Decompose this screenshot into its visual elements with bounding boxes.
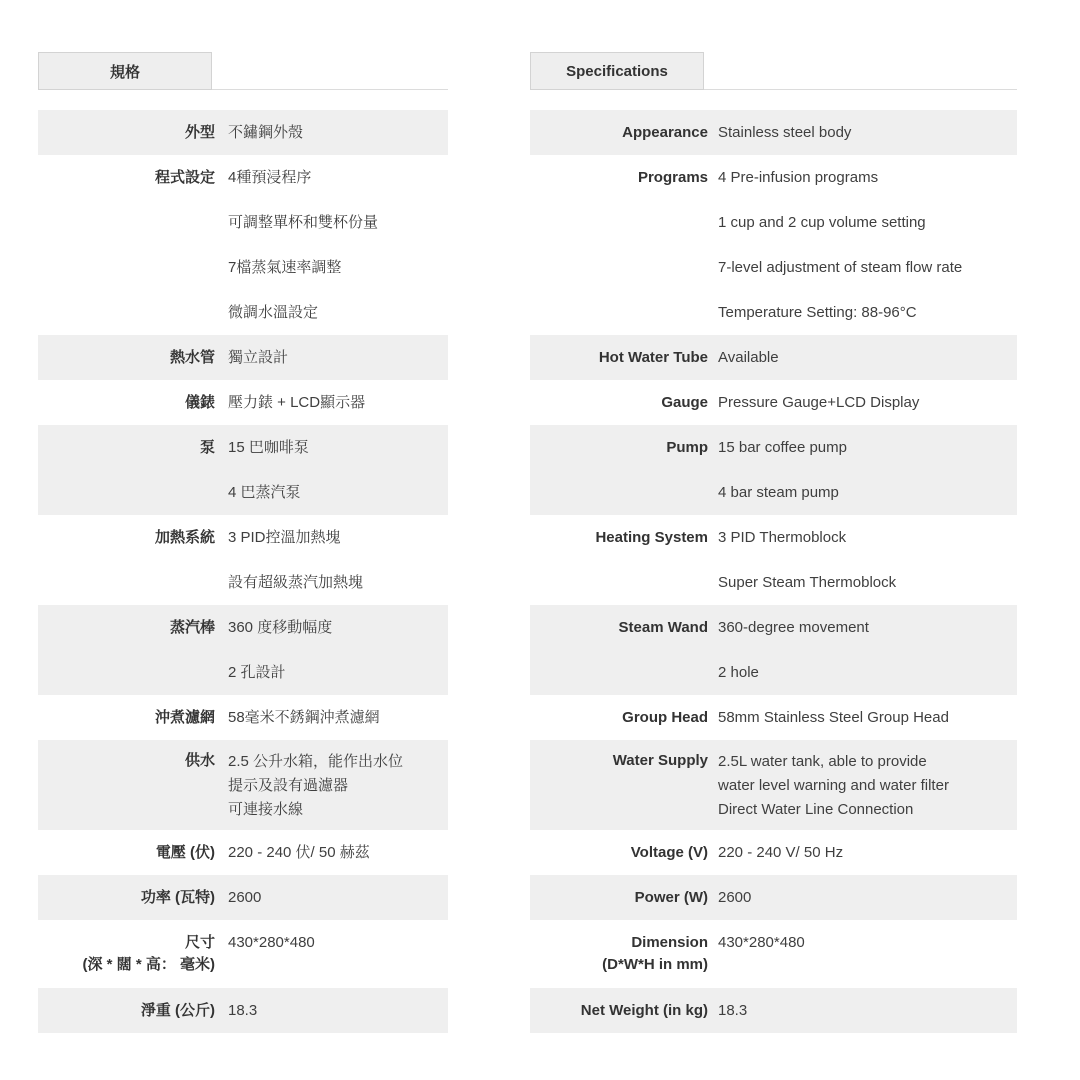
spec-value-line: 58mm Stainless Steel Group Head (718, 695, 1017, 740)
spec-label: 尺寸 (深 * 闊 * 高： 毫米) (38, 920, 215, 988)
spec-label: Heating System (530, 515, 708, 605)
spec-value-line: 7檔蒸氣速率調整 (228, 245, 448, 290)
spec-value-line: 3 PID Thermoblock (718, 515, 1017, 560)
spec-label: 熱水管 (38, 335, 215, 380)
spec-rows: Appearance Stainless steel body Programs… (530, 110, 1017, 1033)
spec-row-voltage: Voltage (V) 220 - 240 V/ 50 Hz (530, 830, 1017, 875)
spec-value: 360 度移動幅度 2 孔設計 (215, 605, 448, 695)
spec-row-power: Power (W) 2600 (530, 875, 1017, 920)
spec-label: Programs (530, 155, 708, 335)
tab-bar: Specifications (530, 52, 1017, 90)
spec-value-line: 獨立設計 (228, 335, 448, 380)
spec-value-line: 設有超級蒸汽加熱塊 (228, 560, 448, 605)
spec-table-english: Specifications Appearance Stainless stee… (530, 52, 1017, 1033)
spec-value-line: 360 度移動幅度 (228, 605, 448, 650)
spec-row-steam-wand: 蒸汽棒 360 度移動幅度 2 孔設計 (38, 605, 448, 695)
spec-row-power: 功率 (瓦特) 2600 (38, 875, 448, 920)
spec-value-line: 4 bar steam pump (718, 470, 1017, 515)
spec-value: 220 - 240 V/ 50 Hz (708, 830, 1017, 875)
spec-value-line: 7-level adjustment of steam flow rate (718, 245, 1017, 290)
spec-value: 430*280*480 (215, 920, 448, 988)
spec-label: Hot Water Tube (530, 335, 708, 380)
spec-label: 功率 (瓦特) (38, 875, 215, 920)
spec-value: 2.5 公升水箱，能作出水位 提示及設有過濾器 可連接水線 (215, 740, 448, 830)
spec-value: 壓力錶 + LCD顯示器 (215, 380, 448, 425)
spec-value: 3 PID控溫加熱塊 設有超級蒸汽加熱塊 (215, 515, 448, 605)
spec-value-line: 不鏽鋼外殼 (228, 110, 448, 155)
spec-value: 15 bar coffee pump 4 bar steam pump (708, 425, 1017, 515)
spec-row-pump: 泵 15 巴咖啡泵 4 巴蒸汽泵 (38, 425, 448, 515)
tab-specs-chinese[interactable]: 規格 (38, 52, 212, 90)
spec-value-line: 可調整單杯和雙杯份量 (228, 200, 448, 245)
spec-value-line: Super Steam Thermoblock (718, 560, 1017, 605)
spec-value-line: 4 Pre-infusion programs (718, 155, 1017, 200)
spec-row-hot-water-tube: Hot Water Tube Available (530, 335, 1017, 380)
spec-value-line: Available (718, 335, 1017, 380)
spec-row-appearance: 外型 不鏽鋼外殼 (38, 110, 448, 155)
spec-label: 泵 (38, 425, 215, 515)
spec-value-line: 220 - 240 V/ 50 Hz (718, 830, 1017, 875)
spec-label: 蒸汽棒 (38, 605, 215, 695)
spec-label: 加熱系統 (38, 515, 215, 605)
spec-label: 沖煮濾網 (38, 695, 215, 740)
spec-value-line: 18.3 (228, 988, 448, 1033)
spec-row-group-head: Group Head 58mm Stainless Steel Group He… (530, 695, 1017, 740)
spec-value-line: 1 cup and 2 cup volume setting (718, 200, 1017, 245)
spec-value-line: 3 PID控溫加熱塊 (228, 515, 448, 560)
spec-label: Appearance (530, 110, 708, 155)
spec-value: 3 PID Thermoblock Super Steam Thermobloc… (708, 515, 1017, 605)
spec-value: 58毫米不銹鋼沖煮濾網 (215, 695, 448, 740)
spec-value: 不鏽鋼外殼 (215, 110, 448, 155)
spec-label: Pump (530, 425, 708, 515)
spec-value-line: 15 bar coffee pump (718, 425, 1017, 470)
spec-value-line: 2 hole (718, 650, 1017, 695)
spec-value: 獨立設計 (215, 335, 448, 380)
spec-value: 4種預浸程序 可調整單杯和雙杯份量 7檔蒸氣速率調整 微調水溫設定 (215, 155, 448, 335)
spec-value: 2600 (708, 875, 1017, 920)
spec-label: 電壓 (伏) (38, 830, 215, 875)
spec-value-line: 2600 (718, 875, 1017, 920)
spec-label: 淨重 (公斤) (38, 988, 215, 1033)
spec-row-gauge: 儀錶 壓力錶 + LCD顯示器 (38, 380, 448, 425)
spec-label-line: Dimension (530, 932, 708, 953)
spec-label-line: 尺寸 (38, 932, 215, 953)
spec-label: Dimension (D*W*H in mm) (530, 920, 708, 988)
spec-row-dimension: Dimension (D*W*H in mm) 430*280*480 (530, 920, 1017, 988)
spec-value: Available (708, 335, 1017, 380)
spec-row-programs: 程式設定 4種預浸程序 可調整單杯和雙杯份量 7檔蒸氣速率調整 微調水溫設定 (38, 155, 448, 335)
spec-value-line: 壓力錶 + LCD顯示器 (228, 380, 448, 425)
spec-row-heating-system: 加熱系統 3 PID控溫加熱塊 設有超級蒸汽加熱塊 (38, 515, 448, 605)
spec-row-dimension: 尺寸 (深 * 闊 * 高： 毫米) 430*280*480 (38, 920, 448, 988)
spec-row-voltage: 電壓 (伏) 220 - 240 伏/ 50 赫茲 (38, 830, 448, 875)
spec-row-programs: Programs 4 Pre-infusion programs 1 cup a… (530, 155, 1017, 335)
spec-row-appearance: Appearance Stainless steel body (530, 110, 1017, 155)
spec-label: 儀錶 (38, 380, 215, 425)
spec-label: Water Supply (530, 740, 708, 830)
spec-label: Voltage (V) (530, 830, 708, 875)
spec-label: Steam Wand (530, 605, 708, 695)
spec-label: 程式設定 (38, 155, 215, 335)
spec-row-water-supply: Water Supply 2.5L water tank, able to pr… (530, 740, 1017, 830)
spec-value-line: 微調水溫設定 (228, 290, 448, 335)
tab-bar: 規格 (38, 52, 448, 90)
spec-value-line: 提示及設有過濾器 (228, 774, 448, 798)
spec-value-line: water level warning and water filter (718, 774, 1017, 798)
spec-value-line: 2.5L water tank, able to provide (718, 750, 1017, 774)
spec-value: 15 巴咖啡泵 4 巴蒸汽泵 (215, 425, 448, 515)
spec-table-chinese: 規格 外型 不鏽鋼外殼 程式設定 4種預浸程序 可調整單杯和雙杯份量 7檔蒸氣速… (38, 52, 448, 1033)
spec-row-hot-water-tube: 熱水管 獨立設計 (38, 335, 448, 380)
spec-value: 58mm Stainless Steel Group Head (708, 695, 1017, 740)
spec-value: 2600 (215, 875, 448, 920)
spec-row-group-head: 沖煮濾網 58毫米不銹鋼沖煮濾網 (38, 695, 448, 740)
spec-row-pump: Pump 15 bar coffee pump 4 bar steam pump (530, 425, 1017, 515)
spec-value-line: 4種預浸程序 (228, 155, 448, 200)
tab-specs-english[interactable]: Specifications (530, 52, 704, 90)
spec-label: 供水 (38, 740, 215, 830)
spec-value: Stainless steel body (708, 110, 1017, 155)
spec-value: 360-degree movement 2 hole (708, 605, 1017, 695)
spec-value-line: Stainless steel body (718, 110, 1017, 155)
spec-label: 外型 (38, 110, 215, 155)
spec-label: Gauge (530, 380, 708, 425)
spec-value: 18.3 (708, 988, 1017, 1033)
spec-row-heating-system: Heating System 3 PID Thermoblock Super S… (530, 515, 1017, 605)
spec-rows: 外型 不鏽鋼外殼 程式設定 4種預浸程序 可調整單杯和雙杯份量 7檔蒸氣速率調整… (38, 110, 448, 1033)
spec-value-line: 15 巴咖啡泵 (228, 425, 448, 470)
spec-row-net-weight: 淨重 (公斤) 18.3 (38, 988, 448, 1033)
spec-label-line: (深 * 闊 * 高： 毫米) (38, 953, 215, 977)
spec-value-line: 430*280*480 (228, 920, 448, 965)
spec-value-line: 18.3 (718, 988, 1017, 1033)
spec-value-line: 360-degree movement (718, 605, 1017, 650)
spec-label: Group Head (530, 695, 708, 740)
spec-row-net-weight: Net Weight (in kg) 18.3 (530, 988, 1017, 1033)
spec-label-line: (D*W*H in mm) (530, 953, 708, 977)
spec-value-line: 2 孔設計 (228, 650, 448, 695)
spec-value: Pressure Gauge+LCD Display (708, 380, 1017, 425)
spec-value-line: Pressure Gauge+LCD Display (718, 380, 1017, 425)
spec-row-steam-wand: Steam Wand 360-degree movement 2 hole (530, 605, 1017, 695)
spec-value-line: 430*280*480 (718, 920, 1017, 965)
spec-value-line: 220 - 240 伏/ 50 赫茲 (228, 830, 448, 875)
spec-value: 2.5L water tank, able to provide water l… (708, 740, 1017, 830)
spec-row-gauge: Gauge Pressure Gauge+LCD Display (530, 380, 1017, 425)
spec-row-water-supply: 供水 2.5 公升水箱，能作出水位 提示及設有過濾器 可連接水線 (38, 740, 448, 830)
spec-value-line: 58毫米不銹鋼沖煮濾網 (228, 695, 448, 740)
spec-value-line: Temperature Setting: 88-96°C (718, 290, 1017, 335)
spec-value: 18.3 (215, 988, 448, 1033)
spec-label: Net Weight (in kg) (530, 988, 708, 1033)
spec-value-line: 4 巴蒸汽泵 (228, 470, 448, 515)
spec-value-line: Direct Water Line Connection (718, 798, 1017, 822)
spec-value-line: 2600 (228, 875, 448, 920)
spec-label: Power (W) (530, 875, 708, 920)
spec-value: 220 - 240 伏/ 50 赫茲 (215, 830, 448, 875)
spec-value-line: 可連接水線 (228, 798, 448, 822)
spec-value: 430*280*480 (708, 920, 1017, 988)
spec-value: 4 Pre-infusion programs 1 cup and 2 cup … (708, 155, 1017, 335)
spec-value-line: 2.5 公升水箱，能作出水位 (228, 750, 448, 774)
